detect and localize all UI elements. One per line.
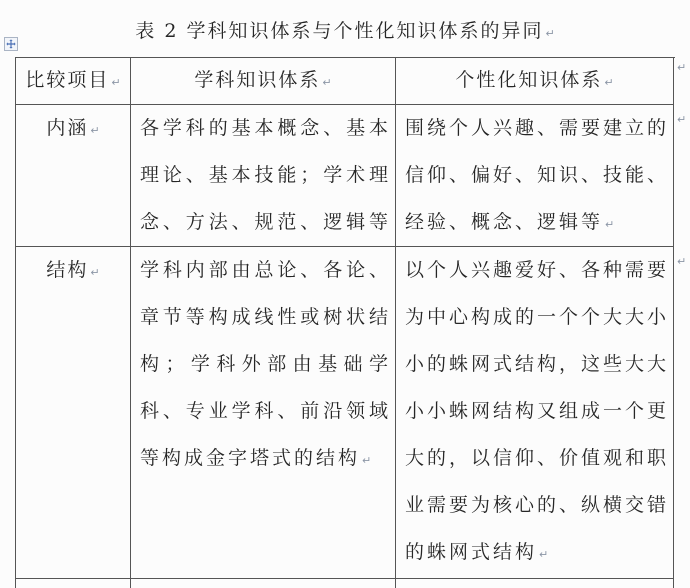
paragraph-mark: ↵ xyxy=(545,27,554,40)
cell-end-mark: ↵ xyxy=(322,76,331,89)
cell-end-mark: ↵ xyxy=(90,266,99,279)
cell-text: 各学科的基本概念、基本理论、基本技能；学术理念、方法、规范、逻辑等 xyxy=(140,117,391,233)
next-row-subject-cell[interactable] xyxy=(131,579,396,588)
row-item-text: 结构 xyxy=(46,259,88,281)
table-caption[interactable]: 表 2 学科知识体系与个性化知识体系的异同↵ xyxy=(0,16,690,43)
next-row-personal-cell[interactable] xyxy=(396,579,674,588)
header-text: 比较项目 xyxy=(25,69,109,91)
cell-text: 学科内部由总论、各论、章节等构成线性或树状结构；学科外部由基础学科、专业学科、前… xyxy=(140,259,391,469)
cell-end-mark: ↵ xyxy=(539,548,548,561)
row-end-mark: ↵ xyxy=(677,113,686,126)
row-structure-subject-cell[interactable]: 学科内部由总论、各论、章节等构成线性或树状结构；学科外部由基础学科、专业学科、前… xyxy=(131,247,396,579)
cell-end-mark: ↵ xyxy=(605,218,614,231)
table-move-handle[interactable] xyxy=(4,37,18,51)
table-caption-text: 表 2 学科知识体系与个性化知识体系的异同 xyxy=(135,20,543,42)
next-row-item-cell[interactable] xyxy=(16,579,131,588)
comparison-table: 比较项目↵ 学科知识体系↵ 个性化知识体系↵ 内涵↵ 各学科的基本概念、基本理论… xyxy=(15,57,675,588)
move-cross-icon xyxy=(6,39,16,49)
cell-end-mark: ↵ xyxy=(111,76,120,89)
cell-text: 以个人兴趣爱好、各种需要为中心构成的一个个大大小小的蛛网式结构，这些大大小小蛛网… xyxy=(405,259,669,563)
header-cell-compare-item[interactable]: 比较项目↵ xyxy=(16,58,131,105)
row-structure-personal-cell[interactable]: 以个人兴趣爱好、各种需要为中心构成的一个个大大小小的蛛网式结构，这些大大小小蛛网… xyxy=(396,247,674,579)
row-end-mark: ↵ xyxy=(677,255,686,268)
row-connotation-personal-cell[interactable]: 围绕个人兴趣、需要建立的信仰、偏好、知识、技能、经验、概念、逻辑等↵ xyxy=(396,105,674,247)
header-text: 学科知识体系 xyxy=(194,69,320,91)
row-structure-item-cell[interactable]: 结构↵ xyxy=(16,247,131,579)
cell-text: 围绕个人兴趣、需要建立的信仰、偏好、知识、技能、经验、概念、逻辑等 xyxy=(405,117,669,233)
header-cell-personal-system[interactable]: 个性化知识体系↵ xyxy=(396,58,674,105)
cell-end-mark: ↵ xyxy=(90,124,99,137)
header-cell-subject-system[interactable]: 学科知识体系↵ xyxy=(131,58,396,105)
header-text: 个性化知识体系 xyxy=(455,69,602,91)
cell-end-mark: ↵ xyxy=(362,454,371,467)
row-end-mark: ↵ xyxy=(677,61,686,74)
row-connotation-subject-cell[interactable]: 各学科的基本概念、基本理论、基本技能；学术理念、方法、规范、逻辑等↵ xyxy=(131,105,396,247)
row-connotation-item-cell[interactable]: 内涵↵ xyxy=(16,105,131,247)
row-item-text: 内涵 xyxy=(46,117,88,139)
cell-end-mark: ↵ xyxy=(604,76,613,89)
